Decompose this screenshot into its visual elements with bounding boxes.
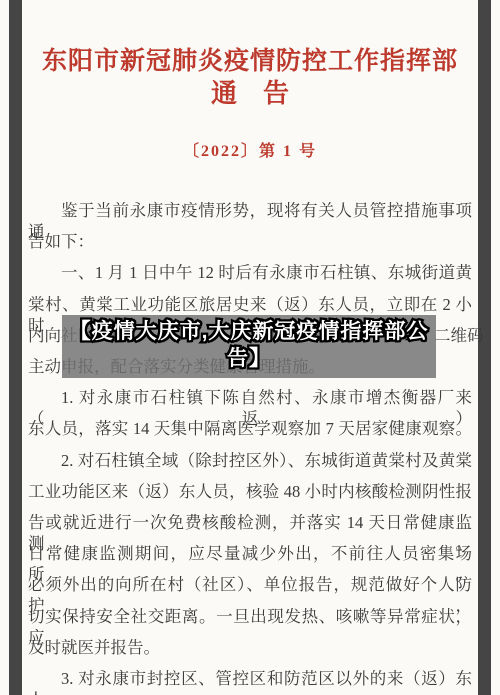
- body-line: 1. 对永康市石柱镇下陈自然村、永康市增杰衡器厂来（返）: [28, 387, 472, 409]
- caption-text-line1: 【疫情大庆市,大庆新冠疫情指挥部公: [62, 318, 436, 345]
- body-line: 2. 对石柱镇全域（除封控区外）、东城街道黄棠村及黄棠: [28, 450, 472, 472]
- body-line: 及时就医并报告。: [28, 637, 472, 659]
- notice-title-line1: 东阳市新冠肺炎疫情防控工作指挥部: [30, 47, 470, 77]
- body-line: 日常健康监测期间，应尽量减少外出，不前往人员密集场所。: [28, 543, 472, 565]
- body-line: 3. 对永康市封控区、管控区和防范区以外的来（返）东人: [28, 668, 472, 690]
- screenshot-root: 东阳市新冠肺炎疫情防控工作指挥部 通 告 〔2022〕第 1 号 鉴于当前永康市…: [0, 0, 500, 695]
- body-line: 工业功能区来（返）东人员，核验 48 小时内核酸检测阴性报: [28, 481, 472, 503]
- body-line: 切实保持安全社交距离。一旦出现发热、咳嗽等异常症状，应: [28, 606, 472, 628]
- body-line: 棠村、黄棠工业功能区旅居史来（返）东人员，立即在 2 小时: [28, 294, 472, 316]
- obscured-line-right-fragment: 二维码: [434, 325, 484, 346]
- caption-text-line2: 告】: [62, 345, 436, 372]
- body-line: 一、1 月 1 日中午 12 时后有永康市石柱镇、东城街道黄: [28, 262, 472, 284]
- notice-doc-number: 〔2022〕第 1 号: [30, 138, 470, 161]
- body-line: 告或就近进行一次免费核酸检测，并落实 14 天日常健康监测。: [28, 512, 472, 534]
- body-line: 鉴于当前永康市疫情形势，现将有关人员管控措施事项通: [28, 200, 472, 222]
- left-edge-bar: [9, 0, 22, 695]
- right-edge-bar: [478, 0, 491, 695]
- notice-title-line2: 通 告: [30, 79, 470, 109]
- body-line: 告如下：: [28, 231, 472, 253]
- body-line: 东人员，落实 14 天集中隔离医学观察加 7 天居家健康观察。: [28, 418, 472, 440]
- caption-overlay-box: 【疫情大庆市,大庆新冠疫情指挥部公 告】: [62, 315, 436, 378]
- body-line: 必须外出的向所在村（社区）、单位报告，规范做好个人防护，: [28, 574, 472, 596]
